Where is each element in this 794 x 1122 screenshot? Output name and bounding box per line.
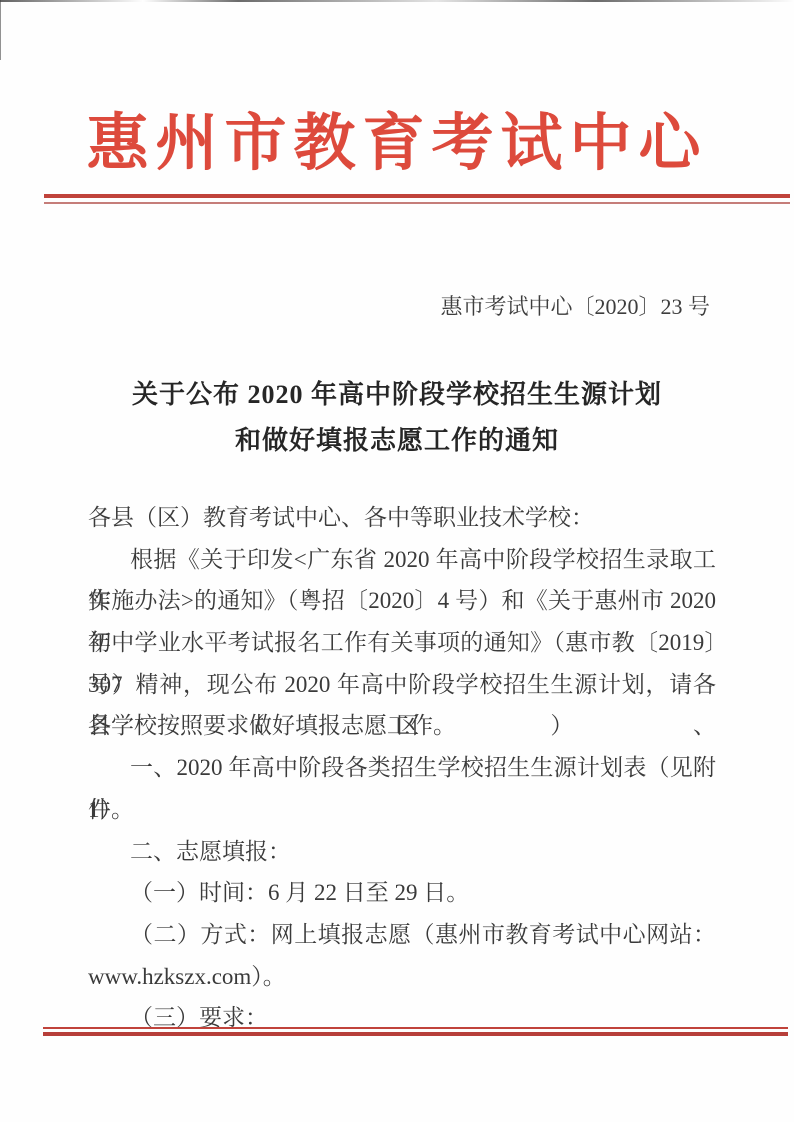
body-line-item-2-2: （二）方式：网上填报志愿（惠州市教育考试中心网站：	[88, 914, 716, 956]
body-line-item-2: 二、志愿填报：	[88, 831, 716, 873]
letterhead-rule-thin	[44, 202, 790, 204]
scan-artifact-left-edge	[0, 0, 1, 60]
footer-rule-thin	[43, 1027, 788, 1029]
document-body: 各县（区）教育考试中心、各中等职业技术学校： 根据《关于印发<广东省 2020 …	[88, 497, 716, 1039]
body-line: 号）精神，现公布 2020 年高中阶段学校招生生源计划，请各县（区）、	[88, 664, 716, 706]
letterhead-org-name: 惠州市教育考试中心	[0, 104, 794, 184]
scan-artifact-top-edge	[0, 0, 794, 2]
body-line: 实施办法>的通知》（粤招〔2020〕4 号）和《关于惠州市 2020 年	[88, 580, 716, 622]
body-line: 根据《关于印发<广东省 2020 年高中阶段学校招生录取工作	[88, 539, 716, 581]
body-line-item-1: 一、2020 年高中阶段各类招生学校招生生源计划表（见附件	[88, 747, 716, 789]
document-title-line-1: 关于公布 2020 年高中阶段学校招生生源计划	[0, 372, 794, 418]
body-line: 初中学业水平考试报名工作有关事项的通知》（惠市教〔2019〕307	[88, 622, 716, 664]
document-title: 关于公布 2020 年高中阶段学校招生生源计划 和做好填报志愿工作的通知	[0, 372, 794, 464]
body-line-website: www.hzkszx.com）。	[88, 956, 716, 998]
letterhead-rule-thick	[44, 194, 790, 198]
document-title-line-2: 和做好填报志愿工作的通知	[0, 418, 794, 464]
body-line-salutation: 各县（区）教育考试中心、各中等职业技术学校：	[88, 497, 716, 539]
letterhead-double-rule	[44, 194, 790, 204]
scanned-document-page: 惠州市教育考试中心 惠市考试中心〔2020〕23 号 关于公布 2020 年高中…	[0, 0, 794, 1122]
page-footer-double-rule	[43, 1027, 788, 1036]
body-line: 1）。	[88, 789, 716, 831]
footer-rule-thick	[43, 1032, 788, 1036]
body-line-item-2-1: （一）时间：6 月 22 日至 29 日。	[88, 872, 716, 914]
document-number: 惠市考试中心〔2020〕23 号	[88, 293, 710, 321]
